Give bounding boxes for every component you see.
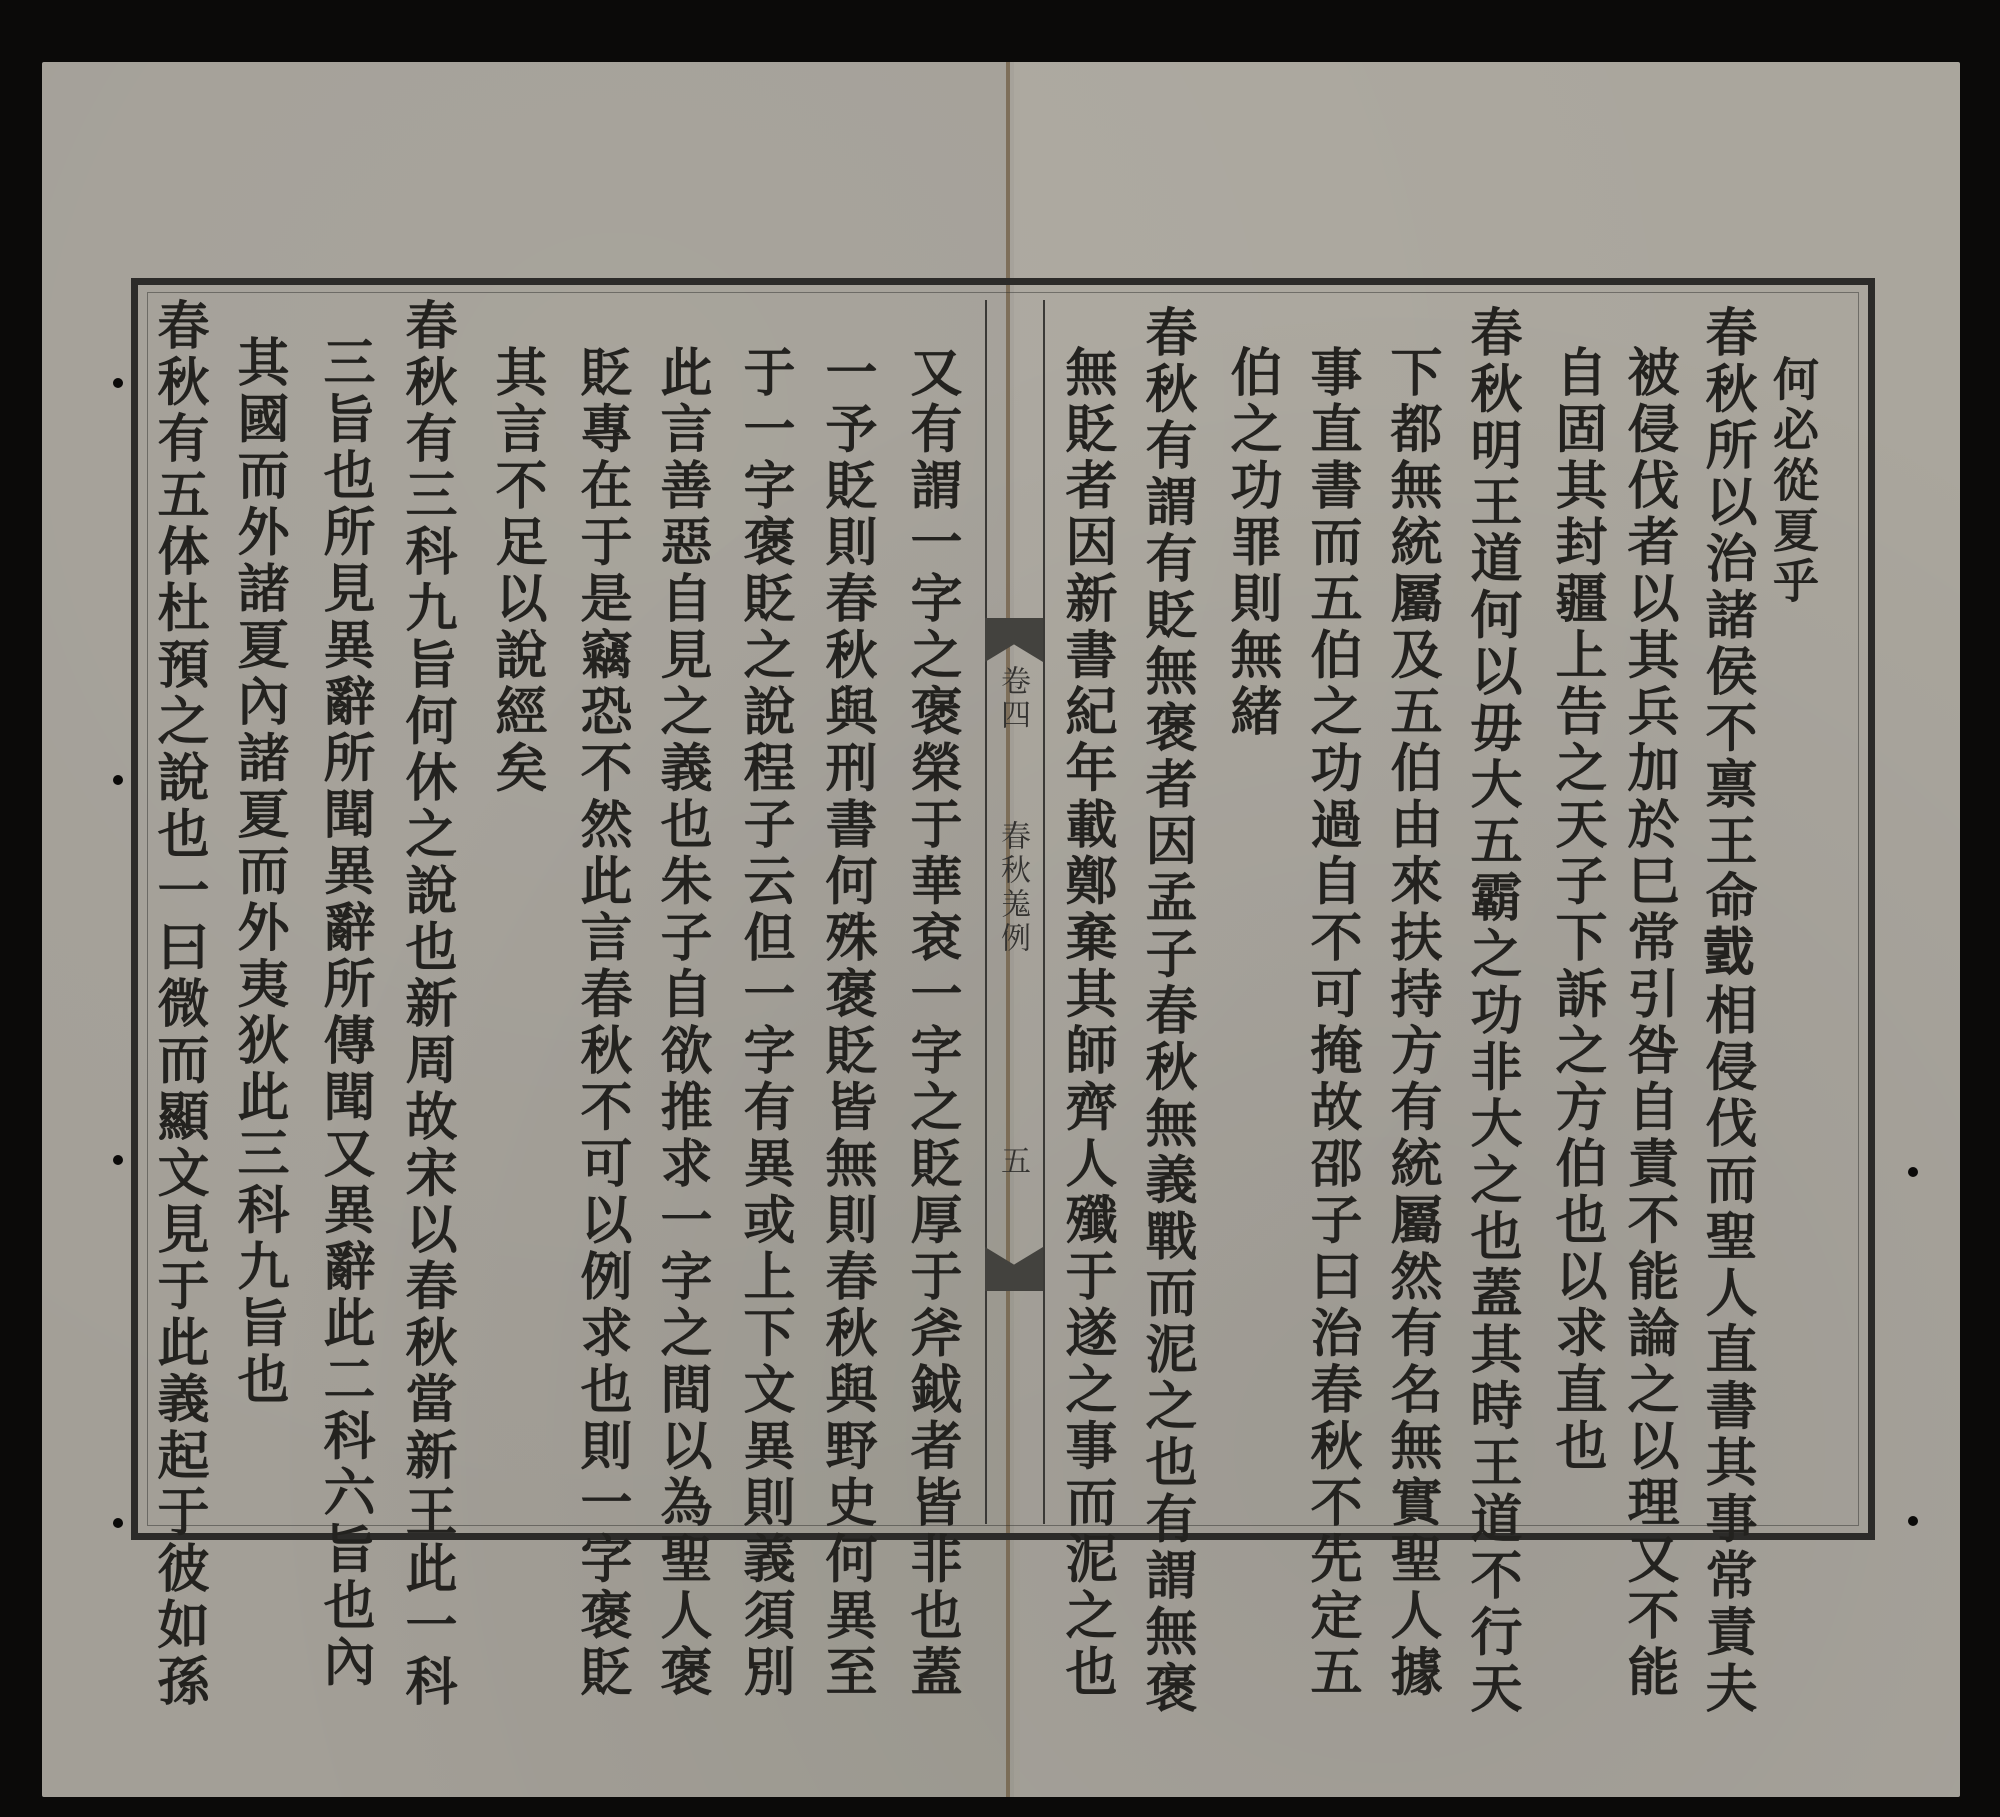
text-column: 此言善惡自見之義也朱子自欲推求一字之間以為聖人褒 [655, 345, 707, 1701]
text-column: 其國而外諸夏內諸夏而外夷狄此三科九旨也 [232, 335, 284, 1409]
text-column: 一予貶則春秋與刑書何殊褒貶皆無則春秋與野史何異至 [820, 345, 872, 1701]
text-column: 其言不足以說經矣 [490, 345, 542, 797]
binding-hole [113, 1518, 123, 1528]
text-column: 伯之功罪則無緒 [1225, 345, 1277, 741]
banxin-page-number: 五 [990, 1145, 1034, 1179]
text-column: 于一字褒貶之說程子云但一字有異或上下文異則義須別 [738, 345, 790, 1701]
text-column: 被侵伐者以其兵加於巳常引咎自責不能論之以理又不能 [1622, 345, 1674, 1701]
text-column: 又有謂一字之褒榮于華袞一字之貶厚于斧鉞者皆非也蓋 [905, 345, 957, 1701]
text-column: 何必從夏乎 [1770, 355, 1816, 608]
binding-hole [113, 1155, 123, 1165]
text-column: 春秋有謂有貶無褒者因孟子春秋無義戰而泥之也有謂無褒 [1140, 305, 1192, 1718]
binding-hole [113, 378, 123, 388]
text-column: 春秋有三科九旨何休之說也新周故宋以春秋當新王此一科 [400, 298, 452, 1711]
text-column: 事直書而五伯之功過自不可掩故邵子曰治春秋不先定五 [1305, 345, 1357, 1701]
banxin-title: 春秋羗例 [990, 820, 1034, 956]
binding-hole [1908, 1167, 1918, 1177]
text-column: 下都無統屬及五伯由來扶持方有統屬然有名無實聖人據 [1385, 345, 1437, 1701]
text-column: 春秋有五体杜預之說也一曰微而顯文見于此義起于彼如孫 [152, 298, 204, 1711]
binding-hole [113, 775, 123, 785]
binding-hole [1908, 1516, 1918, 1526]
text-column: 春秋明王道何以毋大五霸之功非大之也蓋其時王道不行天 [1465, 305, 1517, 1718]
text-column: 無貶者因新書紀年載鄭棄其師齊人殲于遂之事而泥之也 [1060, 345, 1112, 1701]
text-column: 自固其封疆上告之天子下訴之方伯也以求直也 [1550, 345, 1602, 1475]
text-column: 貶專在于是竊恐不然此言春秋不可以例求也則一字褒貶 [575, 345, 627, 1701]
text-column: 春秋所以治諸侯不禀王命𢧜相侵伐而聖人直書其事常責夫 [1700, 305, 1752, 1718]
text-column: 三旨也所見異辭所聞異辭所傳聞又異辭此二科六旨也內 [318, 335, 370, 1691]
banxin-volume: 卷四 [990, 665, 1034, 733]
